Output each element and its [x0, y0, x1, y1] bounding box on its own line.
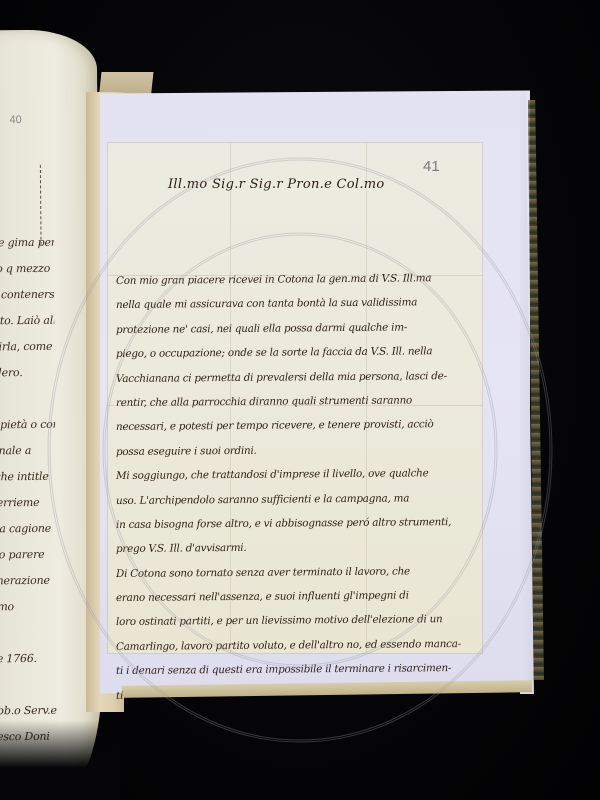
left-line: ...zza, che intitle: [0, 464, 56, 491]
document-photograph: 40 ...emo, e gima per ...isfatto q mezzo…: [0, 0, 600, 800]
left-line: [0, 672, 58, 699]
letter-line: necessari, e potesti per tempo ricevere,…: [116, 412, 478, 440]
left-line: ... desidero.: [0, 360, 55, 387]
letter-folio-number: 41: [423, 158, 440, 175]
left-line: ...mma pietà o con: [0, 412, 55, 439]
letter-line: Di Cotona sono tornato senza aver termin…: [116, 559, 478, 587]
letter-line: protezione ne' casi, nei quali ella poss…: [116, 315, 478, 343]
left-line: [0, 620, 57, 647]
letter-line: ti i denari senza di questi era impossib…: [116, 656, 478, 684]
left-line: ... Rev.mo: [0, 594, 57, 621]
letter-line: prego V.S. Ill. d'avvisarmi.: [116, 534, 478, 562]
left-line: ... gradnale a: [0, 438, 55, 465]
left-line: ...utto la cagione: [0, 516, 56, 543]
letter-line: Vacchianana ci permetta di prevalersi de…: [116, 363, 478, 391]
letter-line: piego, o occupazione; onde se la sorte l…: [116, 339, 478, 367]
letter-line: ti.: [116, 680, 478, 708]
left-line: ...a Sevirla, come: [0, 334, 55, 361]
left-line: ...Abb.e 1766.: [0, 646, 57, 673]
left-line: ... e venerazione: [0, 568, 57, 595]
left-line: ... Il mio parere: [0, 542, 56, 569]
letter-line: possa eseguire i suoi ordini.: [116, 437, 478, 465]
left-line: ...isfatto q mezzo: [0, 256, 54, 283]
letter-line: Camarlingo, lavoro partito voluto, e del…: [116, 632, 478, 660]
letter-line: nella quale mi assicurava con tanta bont…: [116, 290, 478, 318]
letter-line: in casa bisogna forse altro, e vi abbiso…: [116, 510, 478, 538]
letter-line: uso. L'archipendolo saranno sufficienti …: [116, 485, 478, 513]
letter-line: rentir, che alla parrocchia diranno qual…: [116, 388, 478, 416]
left-line: [0, 386, 55, 413]
left-page-text: ...emo, e gima per ...isfatto q mezzo ..…: [0, 230, 58, 751]
left-folio-number: 40: [9, 114, 21, 126]
left-page-shadow: [0, 720, 120, 800]
letter-line: loro ostinati partiti, e per un lievissi…: [116, 607, 478, 635]
left-line: ...emo, e gima per: [0, 230, 54, 257]
letter-line: Con mio gran piacere ricevei in Cotona l…: [116, 266, 478, 294]
letter-line: Mi soggiungo, che trattandosi d'imprese …: [116, 461, 478, 489]
letter-body: Con mio gran piacere ricevei in Cotona l…: [116, 269, 478, 708]
letter-sheet: 41 Ill.mo Sig.r Sig.r Pron.e Col.mo Con …: [108, 143, 482, 653]
letter-salutation: Ill.mo Sig.r Sig.r Pron.e Col.mo: [168, 177, 385, 192]
left-line: ... lui cerrieme: [0, 490, 56, 517]
left-line: ... deva contenersi: [0, 282, 54, 309]
left-line: ...ontento. Laiò all': [0, 308, 54, 335]
